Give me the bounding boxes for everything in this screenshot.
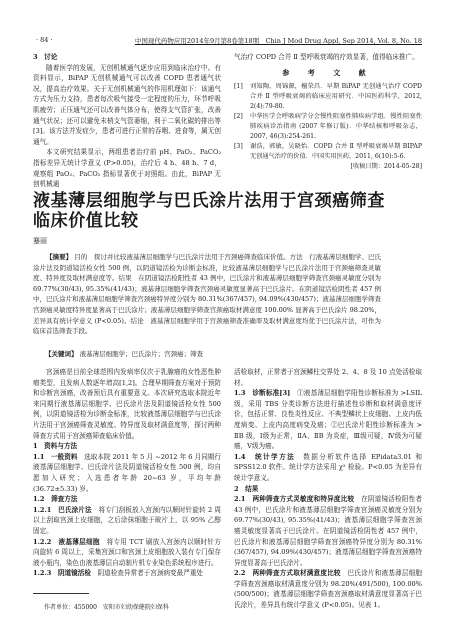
subsection-label: 2.2 两种筛查方式取材满意度比较 xyxy=(234,569,341,577)
subsection-text: 阴道检查异常者于宫颈病变最严重处 xyxy=(98,569,204,577)
abstract-label: 【摘要】 xyxy=(46,253,72,261)
discussion-heading: 3 讨论 xyxy=(33,52,221,63)
subsection-label: 1.2.3 阴道镜活检 xyxy=(33,569,91,577)
subsection-label: 2.1 两种筛查方式灵敏度和特异度比较 xyxy=(234,495,354,503)
subsection-label: 1.2.2 液基薄层细胞 xyxy=(33,538,100,546)
abstract-text: 目的 探讨并比较液基薄层细胞学与巴氏涂片法用于宫颈癌筛查临床价值。方法 行液基薄… xyxy=(33,253,381,335)
body-right-column: 活检取材，正常者于宫颈鳞柱交界处 2、4、8 及 10 点处活检取材。 1.3 … xyxy=(234,367,422,611)
continuation-paragraph: 活检取材，正常者于宫颈鳞柱交界处 2、4、8 及 10 点处活检取材。 xyxy=(234,367,422,388)
section-heading: 1 资料与方法 xyxy=(33,441,221,452)
author-name: 蹇丽 xyxy=(33,236,47,246)
subsection-label: 1.4 统计学方法 xyxy=(234,453,295,461)
section-heading: 2 结果 xyxy=(234,484,422,495)
prev-article-right-column: 气治疗 COPD 合并 Ⅱ 型呼吸衰竭的疗效显著，值得临床推广。 参 考 文 献… xyxy=(234,52,422,173)
keywords-label: 【关键词】 xyxy=(45,350,78,358)
reference-item: [2] 中华医学会呼吸病学分会慢性阻塞性肺疾病学组．慢性阻塞性肺疾病诊治指南 (… xyxy=(234,112,422,142)
subsection-label: 1.2.1 巴氏涂片法 xyxy=(33,506,92,514)
subsection-label: 1.3 诊断标准[3] xyxy=(234,389,290,397)
page-number: · 84 · xyxy=(36,36,53,44)
intro-paragraph: 宫颈癌是目前全球范围内发病率仅次于乳腺癌的女性恶性肿瘤类型，且发病人数逐年增高[… xyxy=(33,367,221,441)
journal-citation: 中国现代药物应用2014年9月第8卷第18期 Chin J Mod Drug A… xyxy=(135,36,422,45)
reference-text: 中华医学会呼吸病学分会慢性阻塞性肺疾病学组．慢性阻塞性肺疾病诊治指南 (2007… xyxy=(250,112,422,142)
reference-item: [1] 刘知陶，周锦源，檀荣昌．早期 BiPAP 无创通气治疗 COPD 合并 … xyxy=(234,82,422,112)
abstract: 【摘要】 目的 探讨并比较液基薄层细胞学与巴氏涂片法用于宫颈癌筛查临床价值。方法… xyxy=(33,252,381,337)
reference-text: 谢浩，郭敏，吴晓怡．COPD 合并 Ⅱ 型呼吸衰竭早期 BIPAP 无创通气治疗… xyxy=(250,142,422,162)
discussion-continuation: 气治疗 COPD 合并 Ⅱ 型呼吸衰竭的疗效显著，值得临床推广。 xyxy=(234,52,422,63)
discussion-paragraph: 本文研究结果显示，两组患者治疗前 pH、PaO₂、PaCO₂ 指标差异无统计学意… xyxy=(33,147,221,189)
keywords-text: 液基薄层细胞学；巴氏涂片；宫颈癌；筛查 xyxy=(80,350,204,358)
prev-article-left-column: 3 讨论 随着医学的发展，无创机械通气逐步应用到临床治疗中。有资料显示，BiPA… xyxy=(33,52,221,190)
author-affiliation-footnote: 作者单位：455000 安阳市妇幼保健院妇保科 xyxy=(44,602,169,611)
title-line-2: 临床价值比较 xyxy=(33,211,385,231)
reference-number: [1] xyxy=(234,82,250,112)
keywords: 【关键词】 液基薄层细胞学；巴氏涂片；宫颈癌；筛查 xyxy=(45,349,203,358)
title-line-1: 液基薄层细胞学与巴氏涂片法用于宫颈癌筛查 xyxy=(33,191,385,211)
body-left-column: 宫颈癌是目前全球范围内发病率仅次于乳腺癌的女性恶性肿瘤类型，且发病人数逐年增高[… xyxy=(33,367,221,579)
article-title: 液基薄层细胞学与巴氏涂片法用于宫颈癌筛查 临床价值比较 xyxy=(33,191,385,231)
footnote-divider xyxy=(33,593,89,594)
reference-item: [3] 谢浩，郭敏，吴晓怡．COPD 合并 Ⅱ 型呼吸衰竭早期 BIPAP 无创… xyxy=(234,142,422,162)
subsection-text: ①液基薄层细胞学阳性诊断标准为 >LSIL 级，采用 TBS 分类诊断方法进行描… xyxy=(234,389,422,450)
discussion-paragraph: 随着医学的发展，无创机械通气逐步应用到临床治疗中。有资料显示，BiPAP 无创机… xyxy=(33,63,221,148)
reference-text: 刘知陶，周锦源，檀荣昌．早期 BiPAP 无创通气治疗 COPD 合并 Ⅱ 型呼… xyxy=(250,82,422,112)
reference-number: [2] xyxy=(234,112,250,142)
subsection-text: 在阴道镜活检阳性者 43 例中，巴氏涂片和液基薄层细胞学筛查宫颈癌灵敏度分别为 … xyxy=(234,495,422,567)
subsection-label: 1.1 一般资料 xyxy=(33,453,77,461)
reference-number: [3] xyxy=(234,142,250,162)
received-date: [收稿日期：2014-05-28] xyxy=(234,162,422,173)
section-heading: 1.2 筛查方法 xyxy=(33,494,221,505)
references-title: 参 考 文 献 xyxy=(234,68,422,79)
